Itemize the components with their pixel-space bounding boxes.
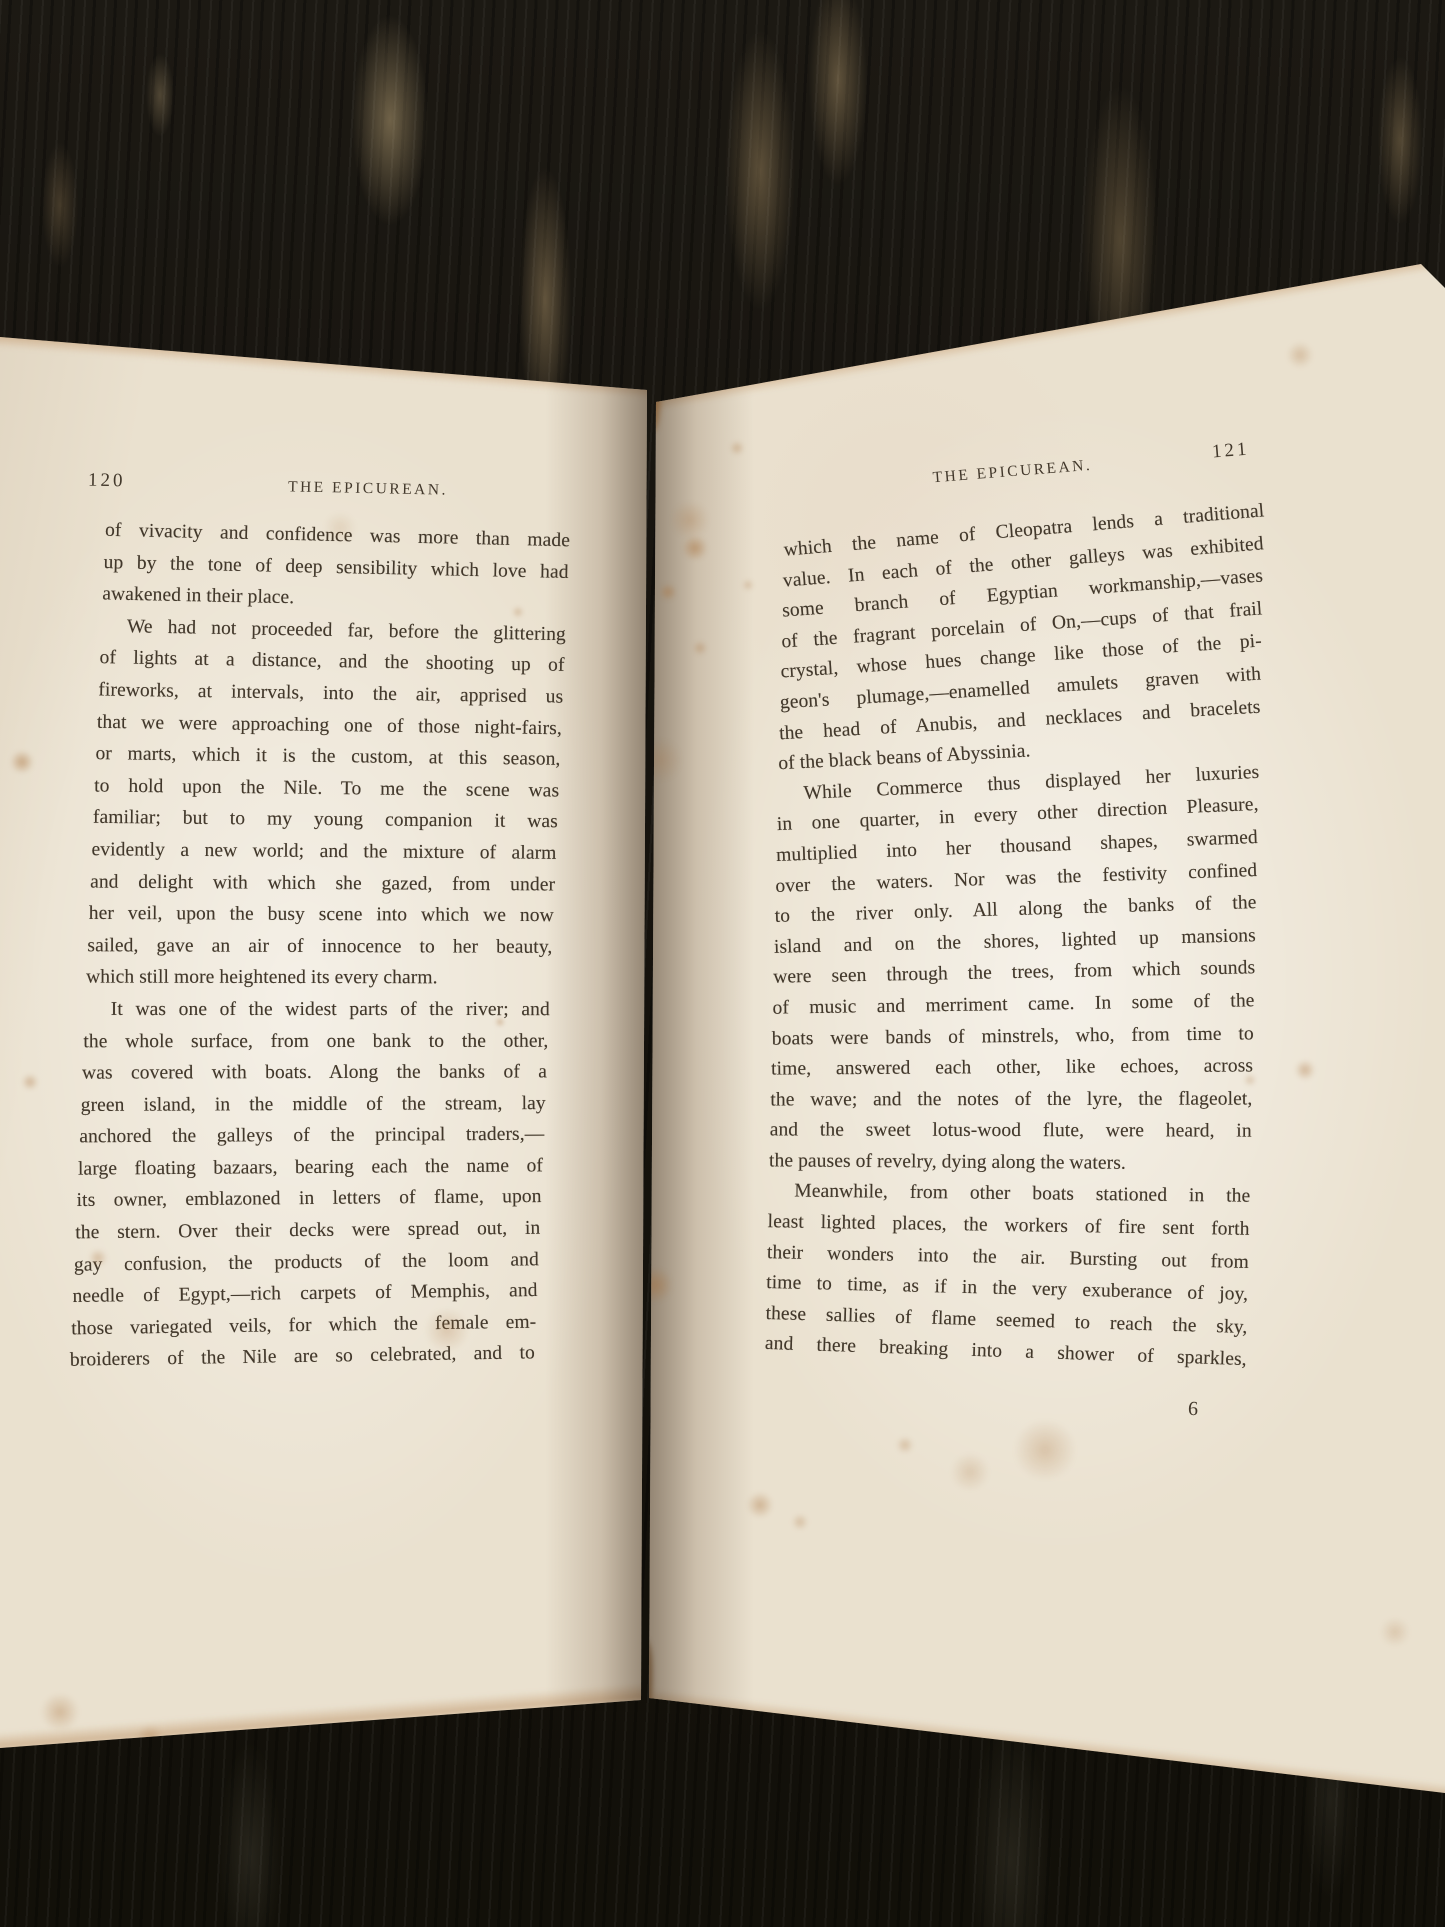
text-line: green island, in the middle of the strea… (81, 1088, 546, 1121)
signature-mark: 6 (1188, 1398, 1199, 1421)
foxing-spot (729, 441, 745, 455)
text-line: the whole surface, from one bank to the … (83, 1025, 548, 1057)
page-number: 120 (88, 470, 126, 493)
text-line: broiderers of the Nile are so celebrated… (70, 1338, 535, 1377)
foxing-spot (39, 1694, 81, 1730)
foxing-spot (669, 502, 711, 538)
page-edge-stain (650, 255, 1440, 411)
foxing-spot (1170, 292, 1189, 309)
foxing-spot (895, 1437, 914, 1454)
foxing-spot (21, 1074, 39, 1089)
text-line: its owner, emblazoned in letters of flam… (76, 1181, 541, 1217)
running-title: THE EPICUREAN. (925, 456, 1101, 488)
foxing-spot (681, 536, 708, 560)
text-line: It was one of the widest parts of the ri… (85, 994, 550, 1026)
text-line: time, answered each other, like echoes, … (771, 1051, 1253, 1086)
foxing-spot (949, 1454, 991, 1490)
foxing-spot (742, 579, 755, 590)
text-line: and delight with which she gazed, from u… (90, 866, 555, 901)
text-line: to hold upon the Nile. To me the scene w… (94, 770, 559, 807)
left-page-text: of vivacity and confidence was more than… (70, 520, 535, 1373)
text-line: the wave; and the notes of the lyre, the… (770, 1083, 1252, 1116)
foxing-spot (1011, 1421, 1078, 1480)
text-line: and the sweet lotus-wood flute, were hea… (770, 1115, 1252, 1148)
wood-table-background: 120 THE EPICUREAN. of vivacity and confi… (0, 0, 1445, 1927)
text-line: which still more heightened its every ch… (86, 962, 551, 994)
foxing-spot (791, 1514, 809, 1529)
text-line: sailed, gave an air of innocence to her … (87, 930, 552, 963)
text-line: boats were bands of minstrels, who, from… (772, 1018, 1254, 1055)
text-line: familiar; but to my young companion it w… (93, 802, 558, 838)
text-line: anchored the galleys of the principal tr… (79, 1119, 544, 1153)
page-edge-stain (646, 1688, 1445, 1802)
foxing-spot (136, 1725, 165, 1750)
running-title: THE EPICUREAN. (278, 478, 458, 500)
text-line: or marts, which it is the custom, at thi… (95, 738, 560, 775)
text-line: the pauses of revelry, dying along the w… (769, 1145, 1251, 1180)
foxing-spot (1379, 1618, 1411, 1646)
foxing-spot (658, 584, 677, 601)
foxing-spot (746, 1492, 775, 1517)
text-line: her veil, upon the busy scene into which… (89, 898, 554, 932)
text-line: evidently a new world; and the mixture o… (91, 834, 556, 869)
foxing-spot (9, 751, 35, 773)
page-number: 121 (1211, 439, 1250, 464)
foxing-spot (1286, 342, 1315, 367)
foxing-spot (1294, 1060, 1316, 1080)
text-line: large floating bazaars, bearing each the… (78, 1150, 543, 1185)
foxing-spot (692, 641, 708, 655)
gutter-shadow (649, 290, 754, 1740)
page-edge-stain (0, 332, 668, 400)
right-page-text: which the name of Cleopatra lends a trad… (765, 515, 1247, 1368)
text-line: was covered with boats. Along the banks … (82, 1056, 547, 1089)
page-edge-stain (0, 1681, 664, 1750)
text-line: the stern. Over their decks were spread … (75, 1213, 540, 1249)
gutter-shadow (545, 290, 647, 1740)
